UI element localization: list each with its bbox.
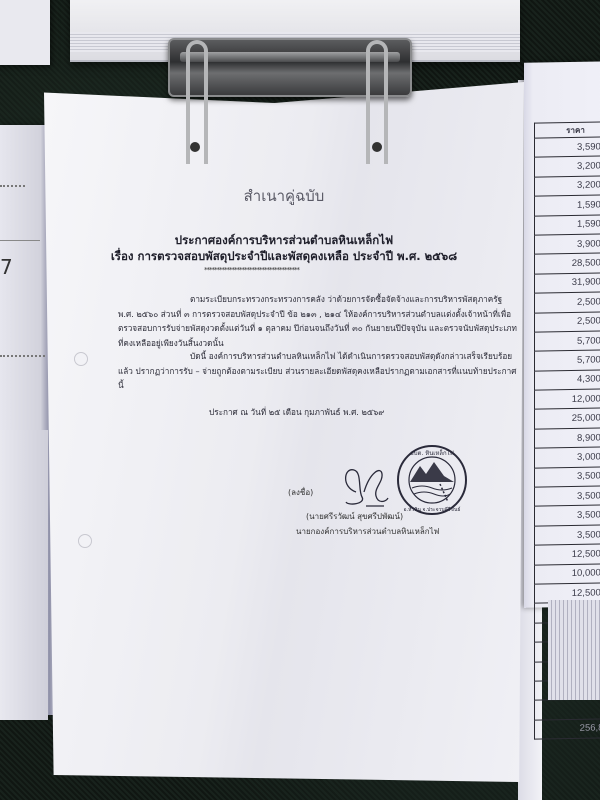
price-cell: 3,200.00 [535, 156, 600, 177]
price-cell: 3,000.00 [535, 447, 600, 468]
price-row: 31,900.00 [535, 272, 600, 293]
price-cell: 31,900.00 [535, 272, 600, 293]
price-cell: 25,000.00 [535, 408, 600, 429]
signature-icon [336, 462, 391, 512]
price-row: 12,500.00 [535, 544, 600, 565]
price-table-sheet: ราคา 3,590.003,200.003,200.001,590.001,5… [524, 61, 600, 608]
ring-hole [372, 142, 382, 152]
price-cell: 3,500.00 [535, 486, 600, 507]
background-paper-top-left [0, 0, 50, 65]
separator: ************************************** [204, 266, 299, 274]
price-cell: 1,590.00 [535, 214, 600, 235]
paper-stack-right-bottom [548, 600, 600, 700]
price-row: 3,500.00 [535, 525, 600, 546]
price-row: 3,500.00 [535, 466, 600, 487]
price-row: 5,700.00 [535, 331, 600, 352]
announcement-page: สำเนาคู่ฉบับ ประกาศองค์การบริหารส่วนตำบล… [44, 82, 524, 782]
price-row: 3,500.00 [535, 505, 600, 526]
price-cell: 3,500.00 [535, 466, 600, 487]
seal-bottom-text: อ.หัวหิน จ.ประจวบคีรีขันธ์ [404, 506, 461, 513]
price-row: 3,590.00 [535, 137, 600, 158]
price-cell: 10,000.00 [535, 563, 600, 584]
price-row: 1,590.00 [535, 214, 600, 235]
price-row: 5,700.00 [535, 350, 600, 371]
sign-label: (ลงชื่อ) [288, 486, 313, 499]
price-row: 3,200.00 [535, 156, 600, 177]
price-cell: 3,900.00 [535, 234, 600, 255]
official-seal-icon: อบต. หินเหล็กไฟ อ.หัวหิน จ.ประจวบคีรีขัน… [396, 444, 468, 516]
paragraph-result: บัดนี้ องค์การบริหารส่วนตำบลหินเหล็กไฟ ไ… [118, 349, 518, 393]
price-cell: 8,900.00 [535, 428, 600, 449]
price-row: 3,000.00 [535, 447, 600, 468]
price-row: 2,500.00 [535, 311, 600, 332]
price-row: 2,500.00 [535, 292, 600, 313]
paper-stack-left-lower [0, 430, 48, 720]
paragraph-text: ตามระเบียบกระทรวงกระทรวงการคลัง ว่าด้วยก… [118, 294, 517, 348]
price-cell: 5,700.00 [535, 331, 600, 352]
paragraph-regulation: ตามระเบียบกระทรวงกระทรวงการคลัง ว่าด้วยก… [118, 292, 518, 350]
price-row: 12,000.00 [535, 389, 600, 410]
price-cell [535, 699, 600, 720]
rule-line [0, 240, 40, 241]
price-cell: 2,500.00 [535, 311, 600, 332]
price-cell: 3,200.00 [535, 175, 600, 196]
price-row: 1,590.00 [535, 195, 600, 216]
price-row: 28,500.00 [535, 253, 600, 274]
price-row: 3,900.00 [535, 234, 600, 255]
price-cell: 4,300.00 [535, 369, 600, 390]
announcement-date: ประกาศ ณ วันที่ ๒๕ เดือน กุมภาพันธ์ พ.ศ.… [209, 406, 384, 419]
price-row: 25,000.00 [535, 408, 600, 429]
price-row: 4,300.00 [535, 369, 600, 390]
price-row: 10,000.00 [535, 563, 600, 584]
price-cell: 12,000.00 [535, 389, 600, 410]
seal-top-text: อบต. หินเหล็กไฟ [410, 448, 454, 457]
price-cell: 3,500.00 [535, 525, 600, 546]
price-cell: 1,590.00 [535, 195, 600, 216]
price-row: 3,200.00 [535, 175, 600, 196]
price-row: 3,500.00 [535, 486, 600, 507]
announcement-document: สำเนาคู่ฉบับ ประกาศองค์การบริหารส่วนตำบล… [44, 82, 524, 782]
partial-digit: 7 [0, 255, 13, 279]
price-cell: 12,500.00 [535, 544, 600, 565]
price-cell: 3,590.00 [535, 137, 600, 158]
price-total-row: 256,870 [535, 718, 600, 739]
price-row [535, 699, 600, 720]
paragraph-text: บัดนี้ องค์การบริหารส่วนตำบลหินเหล็กไฟ ไ… [118, 351, 516, 390]
dotted-line [0, 355, 45, 357]
signer-name: (นายศรีรวัฒน์ สุขศรีปพัฒน์) [306, 510, 403, 523]
price-cell: 5,700.00 [535, 350, 600, 371]
dotted-line [0, 185, 25, 187]
signer-title: นายกองค์การบริหารส่วนตำบลหินเหล็กไฟ [296, 525, 439, 538]
price-total: 256,870 [535, 718, 600, 739]
ring-hole [190, 142, 200, 152]
price-column-header: ราคา [535, 122, 600, 138]
price-cell: 2,500.00 [535, 292, 600, 313]
copy-stamp: สำเนาคู่ฉบับ [44, 184, 524, 208]
price-row: 8,900.00 [535, 428, 600, 449]
document-subject: เรื่อง การตรวจสอบพัสดุประจำปีและพัสดุคงเ… [44, 248, 524, 266]
price-cell: 3,500.00 [535, 505, 600, 526]
price-cell: 28,500.00 [535, 253, 600, 274]
